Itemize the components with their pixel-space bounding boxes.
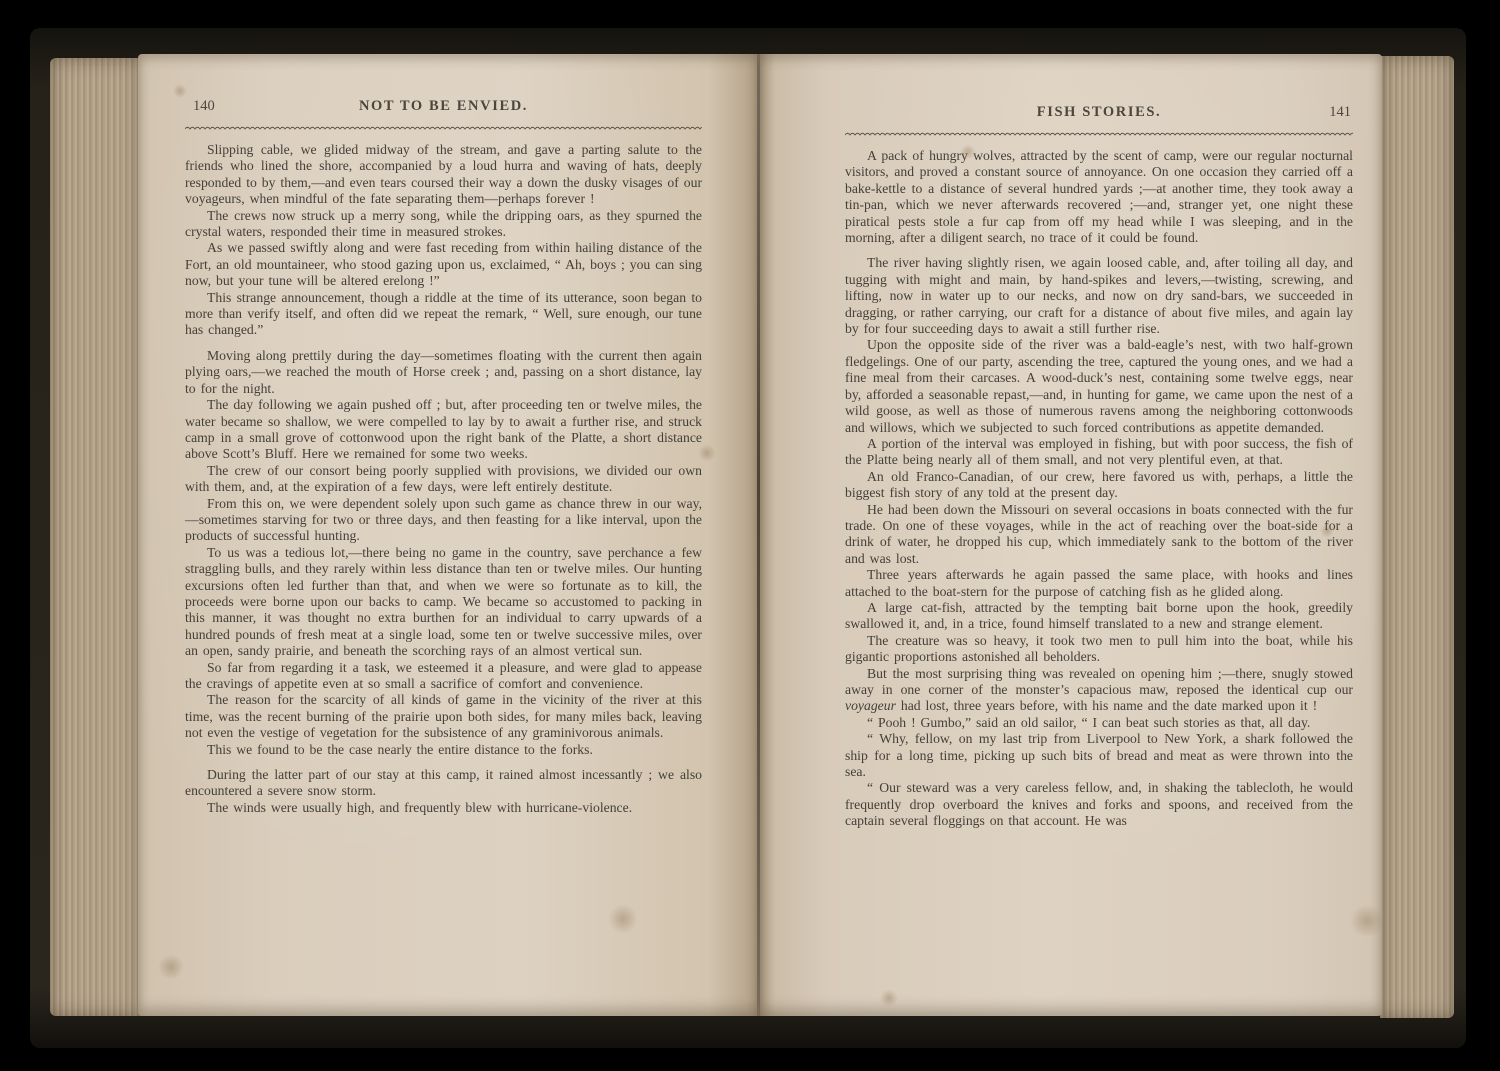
book: 140 NOT TO BE ENVIED. Slipping cable, we… — [30, 28, 1466, 1048]
left-page: 140 NOT TO BE ENVIED. Slipping cable, we… — [138, 54, 758, 1016]
paragraph: But the most surprising thing was reveal… — [845, 666, 1353, 715]
paragraph: “ Why, fellow, on my last trip from Live… — [845, 731, 1353, 780]
foxing-spot — [880, 989, 898, 1007]
paragraph: Moving along prettily during the day—som… — [185, 348, 702, 397]
paragraph: An old Franco-Canadian, of our crew, her… — [845, 469, 1353, 502]
paragraph: The creature was so heavy, it took two m… — [845, 633, 1353, 666]
paragraph: The winds were usually high, and frequen… — [185, 800, 702, 816]
paragraph: So far from regarding it a task, we este… — [185, 660, 702, 693]
paragraph: To us was a tedious lot,—there being no … — [185, 545, 702, 660]
foxing-spot — [1280, 1014, 1306, 1016]
paragraph: The crews now struck up a merry song, wh… — [185, 208, 702, 241]
wavy-rule — [185, 127, 702, 129]
foxing-spot — [158, 954, 184, 980]
paragraph: The day following we again pushed off ; … — [185, 397, 702, 463]
foxing-spot — [173, 84, 187, 98]
foxing-spot — [1350, 904, 1382, 938]
paragraph: A pack of hungry wolves, attracted by th… — [845, 148, 1353, 246]
paragraph: From this on, we were dependent solely u… — [185, 496, 702, 545]
foxing-spot — [608, 904, 638, 934]
page-edges-left — [50, 58, 142, 1016]
paragraph: A portion of the interval was employed i… — [845, 436, 1353, 469]
book-gutter — [757, 54, 760, 1016]
photo-background: { "book": { "left_page": { "page_number"… — [0, 0, 1500, 1071]
paragraph: Slipping cable, we glided midway of the … — [185, 142, 702, 208]
right-header-rule — [845, 129, 1353, 138]
right-page-text: A pack of hungry wolves, attracted by th… — [845, 148, 1353, 830]
paragraph: Three years afterwards he again passed t… — [845, 567, 1353, 600]
paragraph: The river having slightly risen, we agai… — [845, 255, 1353, 337]
page-edges-right — [1380, 56, 1454, 1018]
paragraph: “ Pooh ! Gumbo,” said an old sailor, “ I… — [845, 715, 1353, 731]
wavy-rule — [845, 133, 1353, 135]
left-page-header: 140 NOT TO BE ENVIED. — [185, 98, 702, 120]
paragraph: Upon the opposite side of the river was … — [845, 337, 1353, 435]
paragraph: The reason for the scarcity of all kinds… — [185, 692, 702, 741]
left-page-number: 140 — [193, 98, 215, 115]
right-page-number: 141 — [1329, 104, 1351, 121]
right-running-title: FISH STORIES. — [845, 104, 1353, 121]
paragraph: He had been down the Missouri on several… — [845, 502, 1353, 568]
left-running-title: NOT TO BE ENVIED. — [185, 98, 702, 115]
paragraph: A large cat-fish, attracted by the tempt… — [845, 600, 1353, 633]
paragraph: As we passed swiftly along and were fast… — [185, 240, 702, 289]
left-header-rule — [185, 123, 702, 132]
right-page-content: FISH STORIES. 141 A pack of hungry wolve… — [845, 104, 1353, 830]
left-page-content: 140 NOT TO BE ENVIED. Slipping cable, we… — [185, 98, 702, 816]
paragraph: This strange announcement, though a ridd… — [185, 290, 702, 339]
paragraph: “ Our steward was a very careless fellow… — [845, 780, 1353, 829]
paragraph: This we found to be the case nearly the … — [185, 742, 702, 758]
paragraph: The crew of our consort being poorly sup… — [185, 463, 702, 496]
right-page: FISH STORIES. 141 A pack of hungry wolve… — [760, 54, 1382, 1016]
paragraph: During the latter part of our stay at th… — [185, 767, 702, 800]
right-page-header: FISH STORIES. 141 — [845, 104, 1353, 126]
left-page-text: Slipping cable, we glided midway of the … — [185, 142, 702, 816]
